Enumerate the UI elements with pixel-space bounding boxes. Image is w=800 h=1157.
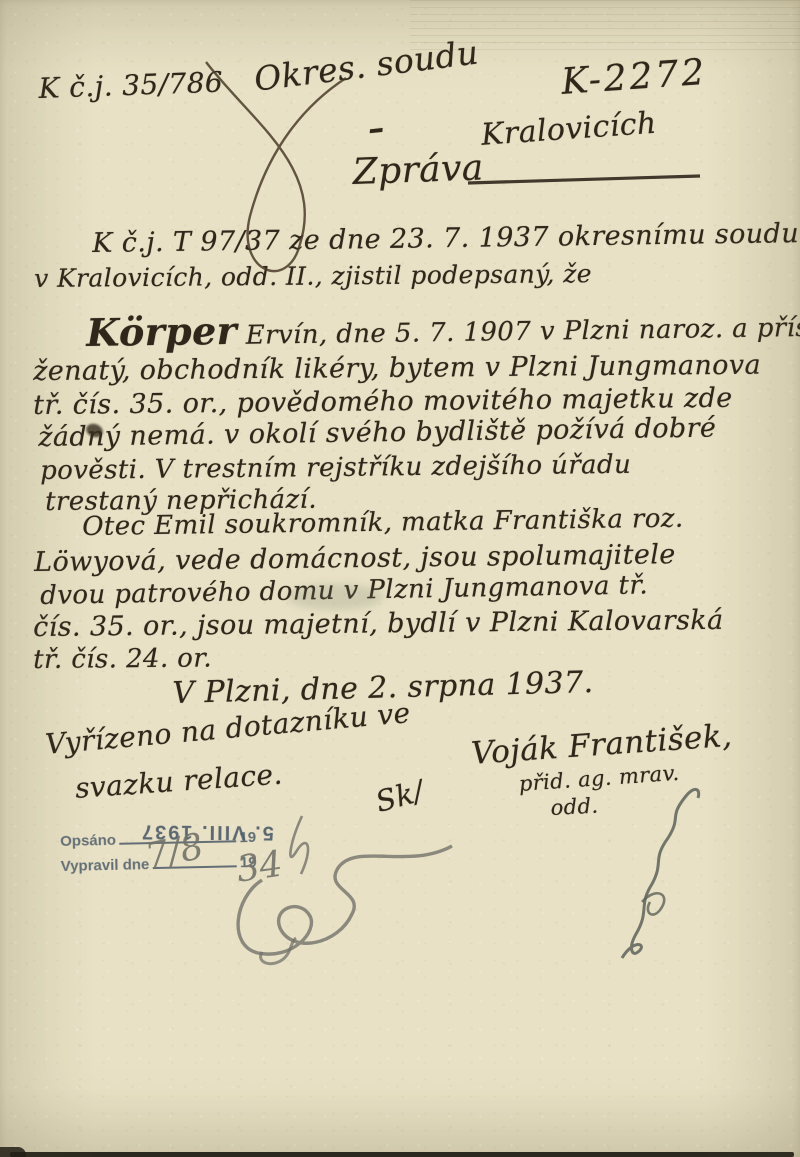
signature-name: Voják František, (470, 718, 733, 772)
header-court: Okres. soudu (252, 33, 481, 99)
title-underline (468, 176, 700, 183)
dispatch-row1-label: Opsáno (60, 832, 116, 850)
header-place: Kralovicích (480, 106, 658, 153)
signature-role-line: odd. (550, 793, 599, 819)
body-line: K č.j. T 97/37 ze dne 23. 7. 1937 okresn… (92, 218, 799, 259)
scanned-document-page: K č.j. 35/786 Okres. soudu K-2272 – Kral… (0, 0, 800, 1157)
scan-edge-corner (0, 1147, 26, 1157)
pencil-mark (290, 816, 308, 874)
pencil-number: 34 (234, 844, 285, 891)
header-preposition-mark: – (366, 108, 386, 148)
body-line-subject: Körper Ervín, dne 5. 7. 1907 v Plzni nar… (86, 300, 800, 355)
pencil-flourish-tail (261, 938, 296, 964)
document-title: Zpráva (352, 147, 484, 193)
signature-scribble-loop (642, 893, 664, 914)
signature-scribble (622, 789, 699, 958)
body-line: v Kralovicích, odd. II., zjistil podepsa… (34, 259, 592, 293)
body-line: ženatý, obchodník likéry, bytem v Plzni … (33, 350, 761, 387)
body-line: pověsti. V trestním rejstříku zdejšího ú… (40, 450, 631, 486)
dispatch-row2-label: Vypravil dne (61, 856, 150, 875)
scan-edge-bottom (10, 1152, 794, 1157)
clerk-initials: Sk/ (372, 773, 428, 818)
body-line: čís. 35. or., jsou majetní, bydlí v Plzn… (33, 605, 724, 643)
paper-stain (288, 584, 383, 610)
dispatch-row1-year: 19 (239, 829, 256, 846)
header-ref-right: K-2272 (560, 52, 709, 103)
footer-note-line: svazku relace. (74, 757, 284, 804)
subject-name: Körper (86, 308, 237, 355)
subject-line-rest: Ervín, dne 5. 7. 1907 v Plzni naroz. a p… (237, 313, 800, 351)
header-ref-left: K č.j. 35/786 (38, 66, 224, 105)
body-line: tř. čís. 24. or. (33, 643, 212, 675)
